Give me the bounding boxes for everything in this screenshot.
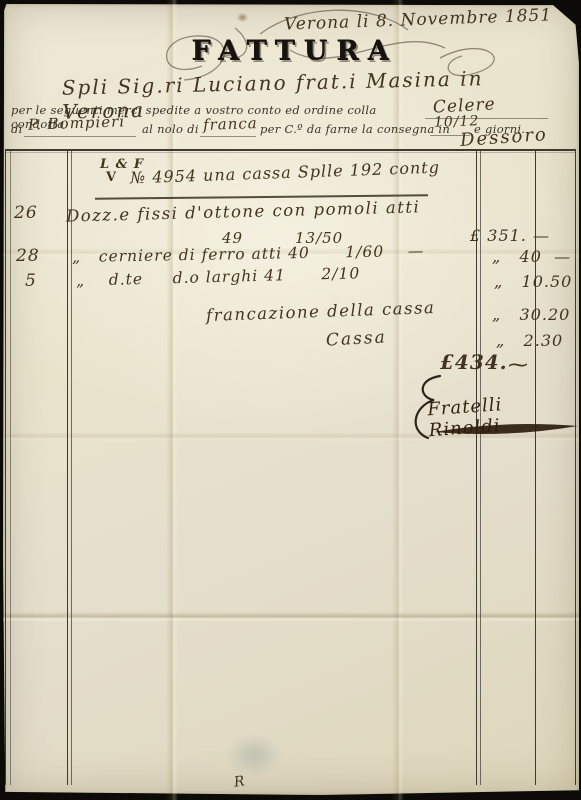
blank-rule xyxy=(24,136,136,137)
column-rule xyxy=(5,149,6,785)
item-amount: „ 30.20 xyxy=(492,305,570,324)
form-line2-nolo-fill: franca xyxy=(203,114,258,134)
item-qty: 28 xyxy=(16,246,40,266)
fattura-title: FATTURA xyxy=(155,36,435,67)
form-line2-al-nolo: al nolo di xyxy=(142,122,199,136)
case-mark-v: V xyxy=(106,170,116,185)
item-description: Cassa xyxy=(326,327,388,350)
form-line2-sender: P. Bompieri xyxy=(28,112,126,133)
item-amount: „ 2.30 xyxy=(496,331,563,350)
item-amount: £ 351. — xyxy=(470,226,550,245)
footer-mark: R xyxy=(233,773,247,790)
column-rule xyxy=(67,149,68,785)
item-qty: 5 xyxy=(25,271,37,291)
column-rule xyxy=(575,149,576,785)
table-top-rule xyxy=(6,149,576,151)
column-rule xyxy=(10,149,11,785)
total-amount: £434. xyxy=(440,350,508,374)
blank-rule xyxy=(200,136,256,137)
scan-background: { "document": { "date_line": "Verona li … xyxy=(0,0,581,800)
item-qty: 26 xyxy=(14,203,38,223)
table-top-rule-double xyxy=(6,152,576,153)
item-amount: „ 10.50 xyxy=(494,272,572,291)
ink-stain xyxy=(225,733,283,777)
form-line2-di: di xyxy=(11,122,23,136)
total-flourish: ⁓ xyxy=(508,352,529,376)
paper-spot xyxy=(237,13,248,22)
item-amount: „ 40 — xyxy=(492,247,571,266)
column-rule xyxy=(71,149,72,785)
form-line2-consegna: per C.º da farne la consegna in xyxy=(260,122,450,136)
